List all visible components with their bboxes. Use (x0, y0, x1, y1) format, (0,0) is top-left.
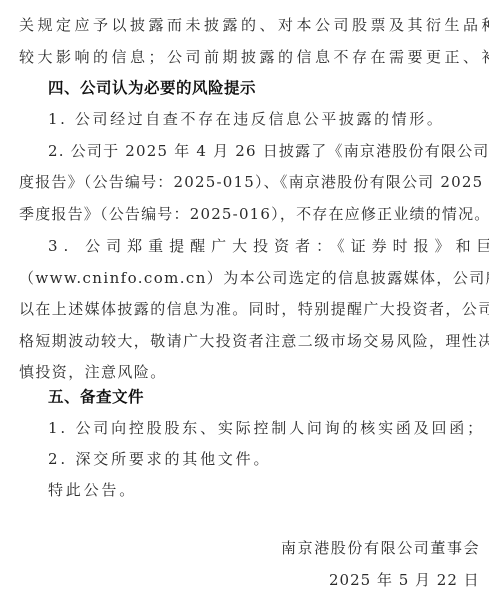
paragraph-line: 关规定应予以披露而未披露的、对本公司股票及其衍生品种交易价格产生 (19, 15, 489, 35)
risk-item-3-line: 格短期波动较大，敬请广大投资者注意二级市场交易风险，理性决策，审 (19, 331, 489, 351)
section-heading-risk-warning: 四、公司认为必要的风险提示 (48, 78, 489, 98)
risk-item-3-line: （www.cninfo.com.cn）为本公司选定的信息披露媒体，公司所有信息均 (19, 268, 489, 288)
risk-item-3-line: 慎投资，注意风险。 (19, 362, 489, 382)
risk-item-3-line: 以在上述媒体披露的信息为准。同时，特别提醒广大投资者，公司股票价 (19, 299, 489, 319)
reference-item-1: 1. 公司向控股股东、实际控制人问询的核实函及回函； (48, 418, 489, 438)
signature-date: 2025 年 5 月 22 日 (329, 570, 480, 590)
risk-item-3-line: 3. 公司郑重提醒广大投资者：《证券时报》和巨潮资讯网 (48, 236, 489, 256)
risk-item-2-line: 2. 公司于 2025 年 4 月 26 日披露了《南京港股份有限公司 2024… (48, 141, 489, 161)
risk-item-1: 1. 公司经过自查不存在违反信息公平披露的情形。 (48, 109, 489, 129)
section-heading-reference-documents: 五、备查文件 (48, 387, 489, 407)
signature-board: 南京港股份有限公司董事会 (281, 538, 480, 558)
reference-item-2: 2. 深交所要求的其他文件。 (48, 449, 489, 469)
risk-item-2-line: 度报告》（公告编号：2025-015）、《南京港股份有限公司 2025 年第一 (19, 172, 489, 192)
risk-item-2-line: 季度报告》（公告编号：2025-016），不存在应修正业绩的情况。 (19, 204, 489, 224)
closing-statement: 特此公告。 (48, 480, 489, 500)
paragraph-line: 较大影响的信息；公司前期披露的信息不存在需要更正、补充之处。 (19, 47, 489, 67)
